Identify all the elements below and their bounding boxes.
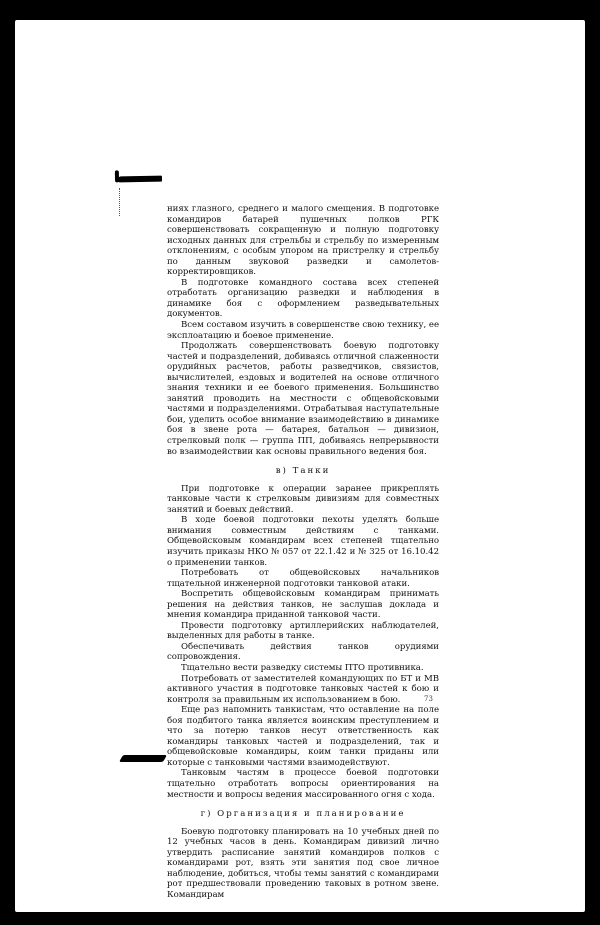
section-heading-organization: г) Организация и планирование (167, 809, 439, 820)
paragraph: В подготовке командного состава всех сте… (167, 278, 439, 320)
paragraph: Обеспечивать действия танков орудиями со… (167, 642, 439, 663)
paragraph: Всем составом изучить в совершенстве сво… (167, 320, 439, 341)
paragraph: Потребовать от заместителей командующих … (167, 674, 439, 706)
paragraph: При подготовке к операции заранее прикре… (167, 484, 439, 516)
paragraph: В ходе боевой подготовки пехоты уделять … (167, 515, 439, 568)
paragraph: Танковым частям в процессе боевой подгот… (167, 768, 439, 800)
paragraph: ниях глазного, среднего и малого смещени… (167, 204, 439, 278)
margin-dots (119, 188, 122, 216)
margin-mark-bottom (119, 755, 167, 762)
document-body: ниях глазного, среднего и малого смещени… (167, 204, 439, 900)
paragraph: Воспретить общевойсковым командирам прин… (167, 589, 439, 621)
section-heading-tanks: в) Танки (167, 466, 439, 477)
paragraph: Провести подготовку артиллерийских наблю… (167, 621, 439, 642)
paragraph: Еще раз напомнить танкистам, что оставле… (167, 705, 439, 768)
paragraph: Боевую подготовку планировать на 10 учеб… (167, 827, 439, 901)
page-number: 73 (424, 695, 433, 703)
margin-mark-top (118, 176, 162, 183)
paragraph: Потребовать от общевойсковых начальников… (167, 568, 439, 589)
paragraph: Тщательно вести разведку системы ПТО про… (167, 663, 439, 674)
paragraph: Продолжать совершенствовать боевую подго… (167, 341, 439, 457)
